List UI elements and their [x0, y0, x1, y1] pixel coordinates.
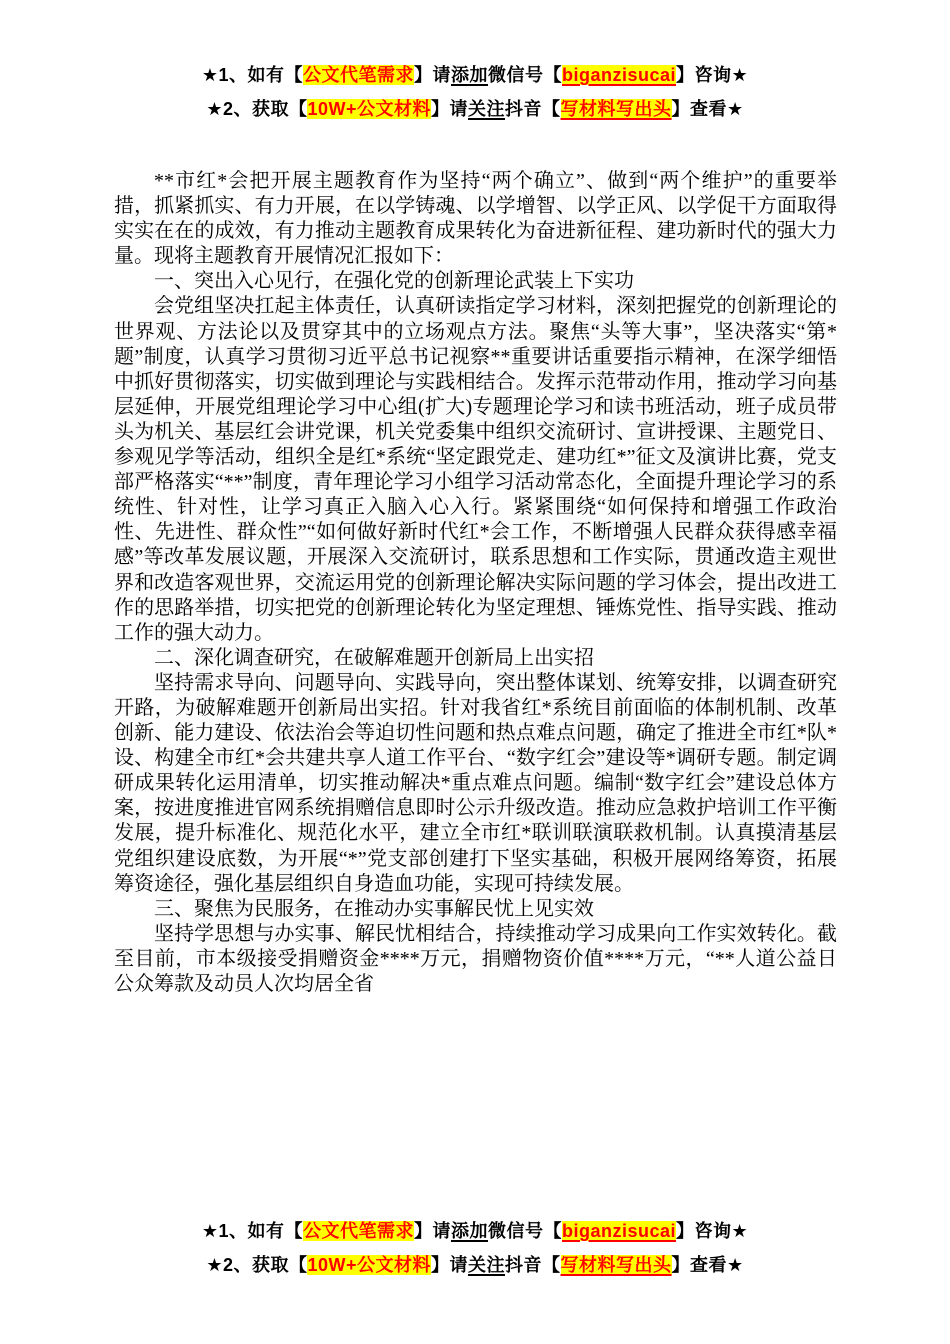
ad-action-underline: 关注	[468, 99, 505, 119]
section-heading-2: 二、深化调查研究，在破解难题开创新局上出实招	[114, 646, 837, 671]
ad-suffix-text: 】咨询★	[676, 1221, 748, 1241]
ad-douyin-account-highlight: 写材料写出头	[561, 99, 672, 119]
section-heading-1: 一、突出入心见行，在强化党的创新理论武装上下实功	[114, 269, 837, 294]
section-heading-3: 三、聚焦为民服务，在推动办实事解民忧上见实效	[114, 897, 837, 922]
header-ad-line-2: ★2、获取【10W+公文材料】请关注抖音【写材料写出头】查看★	[0, 92, 950, 126]
ad-suffix-text: 】咨询★	[676, 65, 748, 85]
ad-channel-text: 抖音【	[505, 99, 561, 119]
header-ad-banner: ★1、如有【公文代笔需求】请添加微信号【biganzisucai】咨询★ ★2、…	[0, 58, 950, 126]
ad-action-underline: 关注	[468, 1255, 505, 1275]
ad-prefix-text: ★2、获取【	[206, 99, 307, 119]
paragraph-section-2: 坚持需求导向、问题导向、实践导向，突出整体谋划、统筹安排，以调查研究开路，为破解…	[114, 671, 837, 897]
ad-prefix-text: ★1、如有【	[202, 65, 303, 85]
ad-service-highlight: 公文代笔需求	[303, 1221, 414, 1241]
document-page: ★1、如有【公文代笔需求】请添加微信号【biganzisucai】咨询★ ★2、…	[0, 0, 950, 1344]
paragraph-section-1: 会党组坚决扛起主体责任，认真研读指定学习材料，深刻把握党的创新理论的世界观、方法…	[114, 294, 837, 645]
ad-wechat-account-highlight: biganzisucai	[562, 65, 676, 85]
ad-service-highlight: 公文代笔需求	[303, 65, 414, 85]
ad-suffix-text: 】查看★	[672, 1255, 744, 1275]
ad-bracket-text: 】请	[414, 1221, 451, 1241]
ad-service-highlight: 10W+公文材料	[307, 99, 431, 119]
ad-action-underline: 添加	[451, 1221, 488, 1241]
ad-prefix-text: ★2、获取【	[206, 1255, 307, 1275]
paragraph-section-3: 坚持学思想与办实事、解民忧相结合，持续推动学习成果向工作实效转化。截至目前，市本…	[114, 922, 837, 997]
ad-channel-text: 抖音【	[505, 1255, 561, 1275]
document-body: **市红*会把开展主题教育作为坚持“两个确立”、做到“两个维护”的重要举措，抓紧…	[114, 169, 837, 997]
paragraph-intro: **市红*会把开展主题教育作为坚持“两个确立”、做到“两个维护”的重要举措，抓紧…	[114, 169, 837, 269]
ad-suffix-text: 】查看★	[672, 99, 744, 119]
ad-bracket-text: 】请	[431, 1255, 468, 1275]
footer-ad-line-1: ★1、如有【公文代笔需求】请添加微信号【biganzisucai】咨询★	[0, 1214, 950, 1248]
footer-ad-line-2: ★2、获取【10W+公文材料】请关注抖音【写材料写出头】查看★	[0, 1248, 950, 1282]
ad-channel-text: 微信号【	[488, 1221, 562, 1241]
ad-action-underline: 添加	[451, 65, 488, 85]
ad-wechat-account-highlight: biganzisucai	[562, 1221, 676, 1241]
ad-bracket-text: 】请	[414, 65, 451, 85]
ad-prefix-text: ★1、如有【	[202, 1221, 303, 1241]
ad-service-highlight: 10W+公文材料	[307, 1255, 431, 1275]
ad-douyin-account-highlight: 写材料写出头	[561, 1255, 672, 1275]
ad-channel-text: 微信号【	[488, 65, 562, 85]
footer-ad-banner: ★1、如有【公文代笔需求】请添加微信号【biganzisucai】咨询★ ★2、…	[0, 1214, 950, 1282]
header-ad-line-1: ★1、如有【公文代笔需求】请添加微信号【biganzisucai】咨询★	[0, 58, 950, 92]
ad-bracket-text: 】请	[431, 99, 468, 119]
